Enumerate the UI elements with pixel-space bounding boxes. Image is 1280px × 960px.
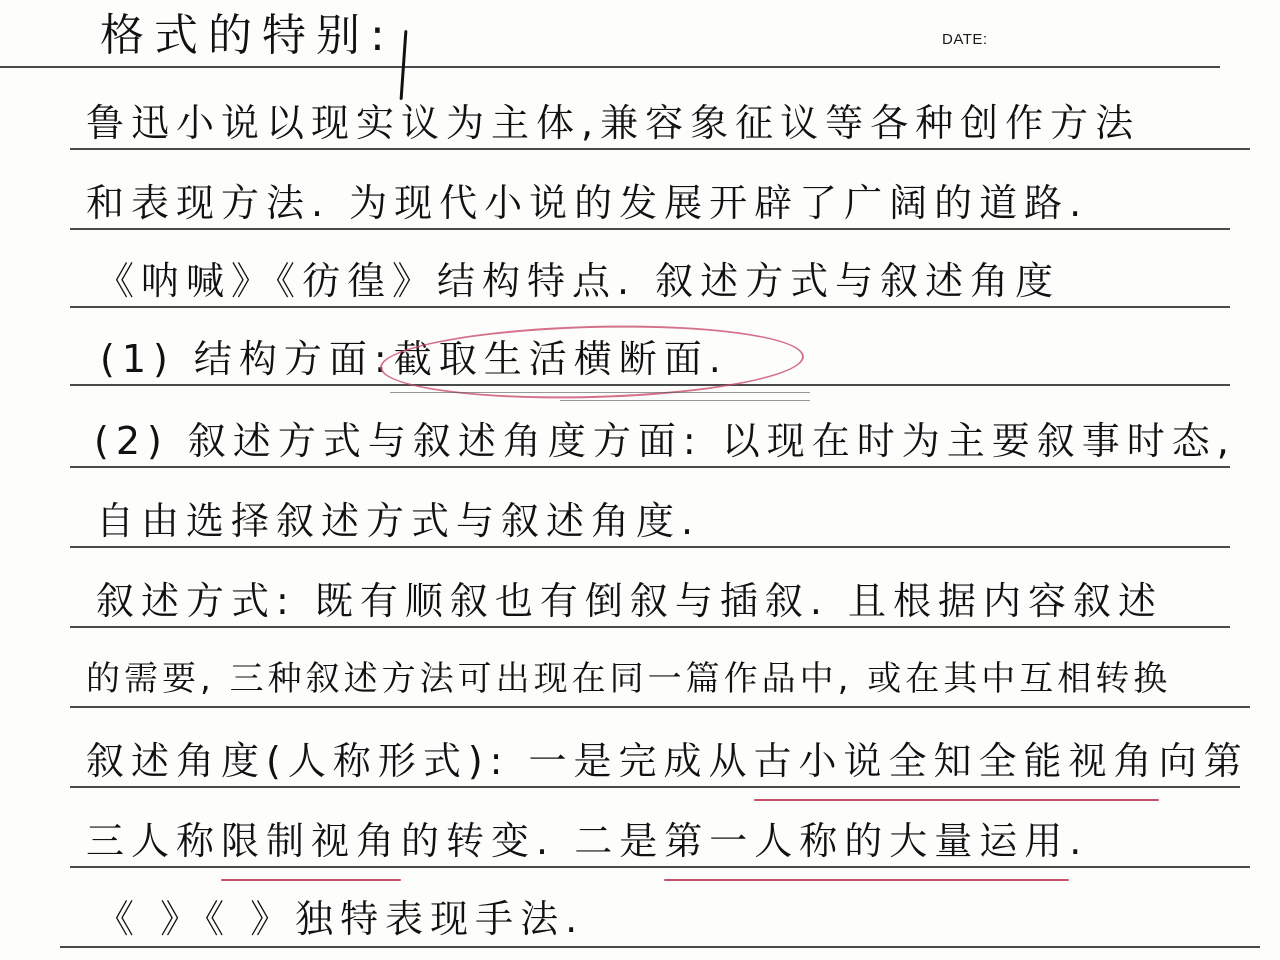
highlight-narrative-mode: 叙述方式与叙述角度方面 <box>188 419 683 463</box>
highlight-symbolism: 象征议 <box>690 101 825 145</box>
line-10-text-c: . <box>1069 819 1088 863</box>
line-1-text-b: 为主体,兼容 <box>446 101 690 145</box>
pencil-underline <box>390 392 810 393</box>
pencil-underline <box>560 400 810 401</box>
line-1-text-c: 等各种创作方法 <box>825 101 1140 145</box>
note-line-5: (2) 叙述方式与叙述角度方面: 以现在时为主要叙事时态, <box>94 422 1236 460</box>
line-11-text: 《 》《 》独特表现手法. <box>96 897 584 941</box>
title-descender-stroke <box>400 30 408 100</box>
line-4-text-a: 方面: <box>284 337 394 381</box>
rule-line <box>70 228 1230 230</box>
note-line-8: 的需要, 三种叙述方法可出现在同一篇作品中, 或在其中互相转换 <box>86 662 1171 696</box>
rule-line <box>60 946 1260 948</box>
rule-line <box>70 706 1250 708</box>
line-2-text: 和表现方法. 为现代小说的发展开辟了广阔的道路. <box>86 181 1088 225</box>
underline-first-person: 第一人称的大量运用 <box>664 819 1069 863</box>
note-line-9: 叙述角度(人称形式): 一是完成从古小说全知全能视角向第 <box>86 742 1249 780</box>
notebook-page: DATE: 格式的特别: 鲁迅小说以现实议为主体,兼容象征议等各种创作方法 和表… <box>0 0 1280 960</box>
line-6-text: 自由选择叙述方式与叙述角度. <box>96 499 700 543</box>
rule-line <box>70 306 1230 308</box>
note-line-6: 自由选择叙述方式与叙述角度. <box>96 502 700 540</box>
highlight-realism: 实议 <box>356 101 446 145</box>
note-line-7: 叙述方式: 既有顺叙也有倒叙与插叙. 且根据内容叙述 <box>96 582 1163 620</box>
line-1-text-a: 鲁迅小说以现 <box>86 101 356 145</box>
line-10-text-a: 三人称 <box>86 819 221 863</box>
list-marker-2: (2) <box>94 419 188 463</box>
note-line-11: 《 》《 》独特表现手法. <box>96 900 584 938</box>
rule-line <box>0 66 1220 68</box>
line-10-text-b: 的转变. 二是 <box>401 819 664 863</box>
date-label: DATE: <box>942 31 988 48</box>
line-8-text: 的需要, 三种叙述方法可出现在同一篇作品中, 或在其中互相转换 <box>86 659 1171 699</box>
page-title: 格式的特别: <box>100 14 395 58</box>
line-7-text: 叙述方式: 既有顺叙也有倒叙与插叙. 且根据内容叙述 <box>96 579 1163 623</box>
rule-line <box>70 466 1230 468</box>
line-3-text: 《呐喊》《彷徨》结构特点. 叙述方式与叙述角度 <box>96 259 1060 303</box>
underline-omniscient-view: 古小说全知全能视角 <box>754 739 1159 783</box>
rule-line <box>70 866 1250 868</box>
underline-limited-view: 限制视角 <box>221 819 401 863</box>
note-line-3: 《呐喊》《彷徨》结构特点. 叙述方式与叙述角度 <box>96 262 1060 300</box>
note-line-2: 和表现方法. 为现代小说的发展开辟了广阔的道路. <box>86 184 1088 222</box>
line-5-text: : 以现在时为主要叙事时态, <box>683 419 1236 463</box>
line-9-text-a: 叙述角度(人称形式): 一是完成从 <box>86 739 754 783</box>
highlight-structure: 结构 <box>194 337 284 381</box>
line-9-text-b: 向第 <box>1159 739 1249 783</box>
rule-line <box>70 546 1230 548</box>
note-line-10: 三人称限制视角的转变. 二是第一人称的大量运用. <box>86 822 1088 860</box>
rule-line <box>70 786 1240 788</box>
note-line-1: 鲁迅小说以现实议为主体,兼容象征议等各种创作方法 <box>86 104 1140 142</box>
list-marker-1: (1) <box>100 337 194 381</box>
title-text: 格式的特别: <box>100 10 395 61</box>
rule-line <box>70 148 1250 150</box>
rule-line <box>70 626 1230 628</box>
